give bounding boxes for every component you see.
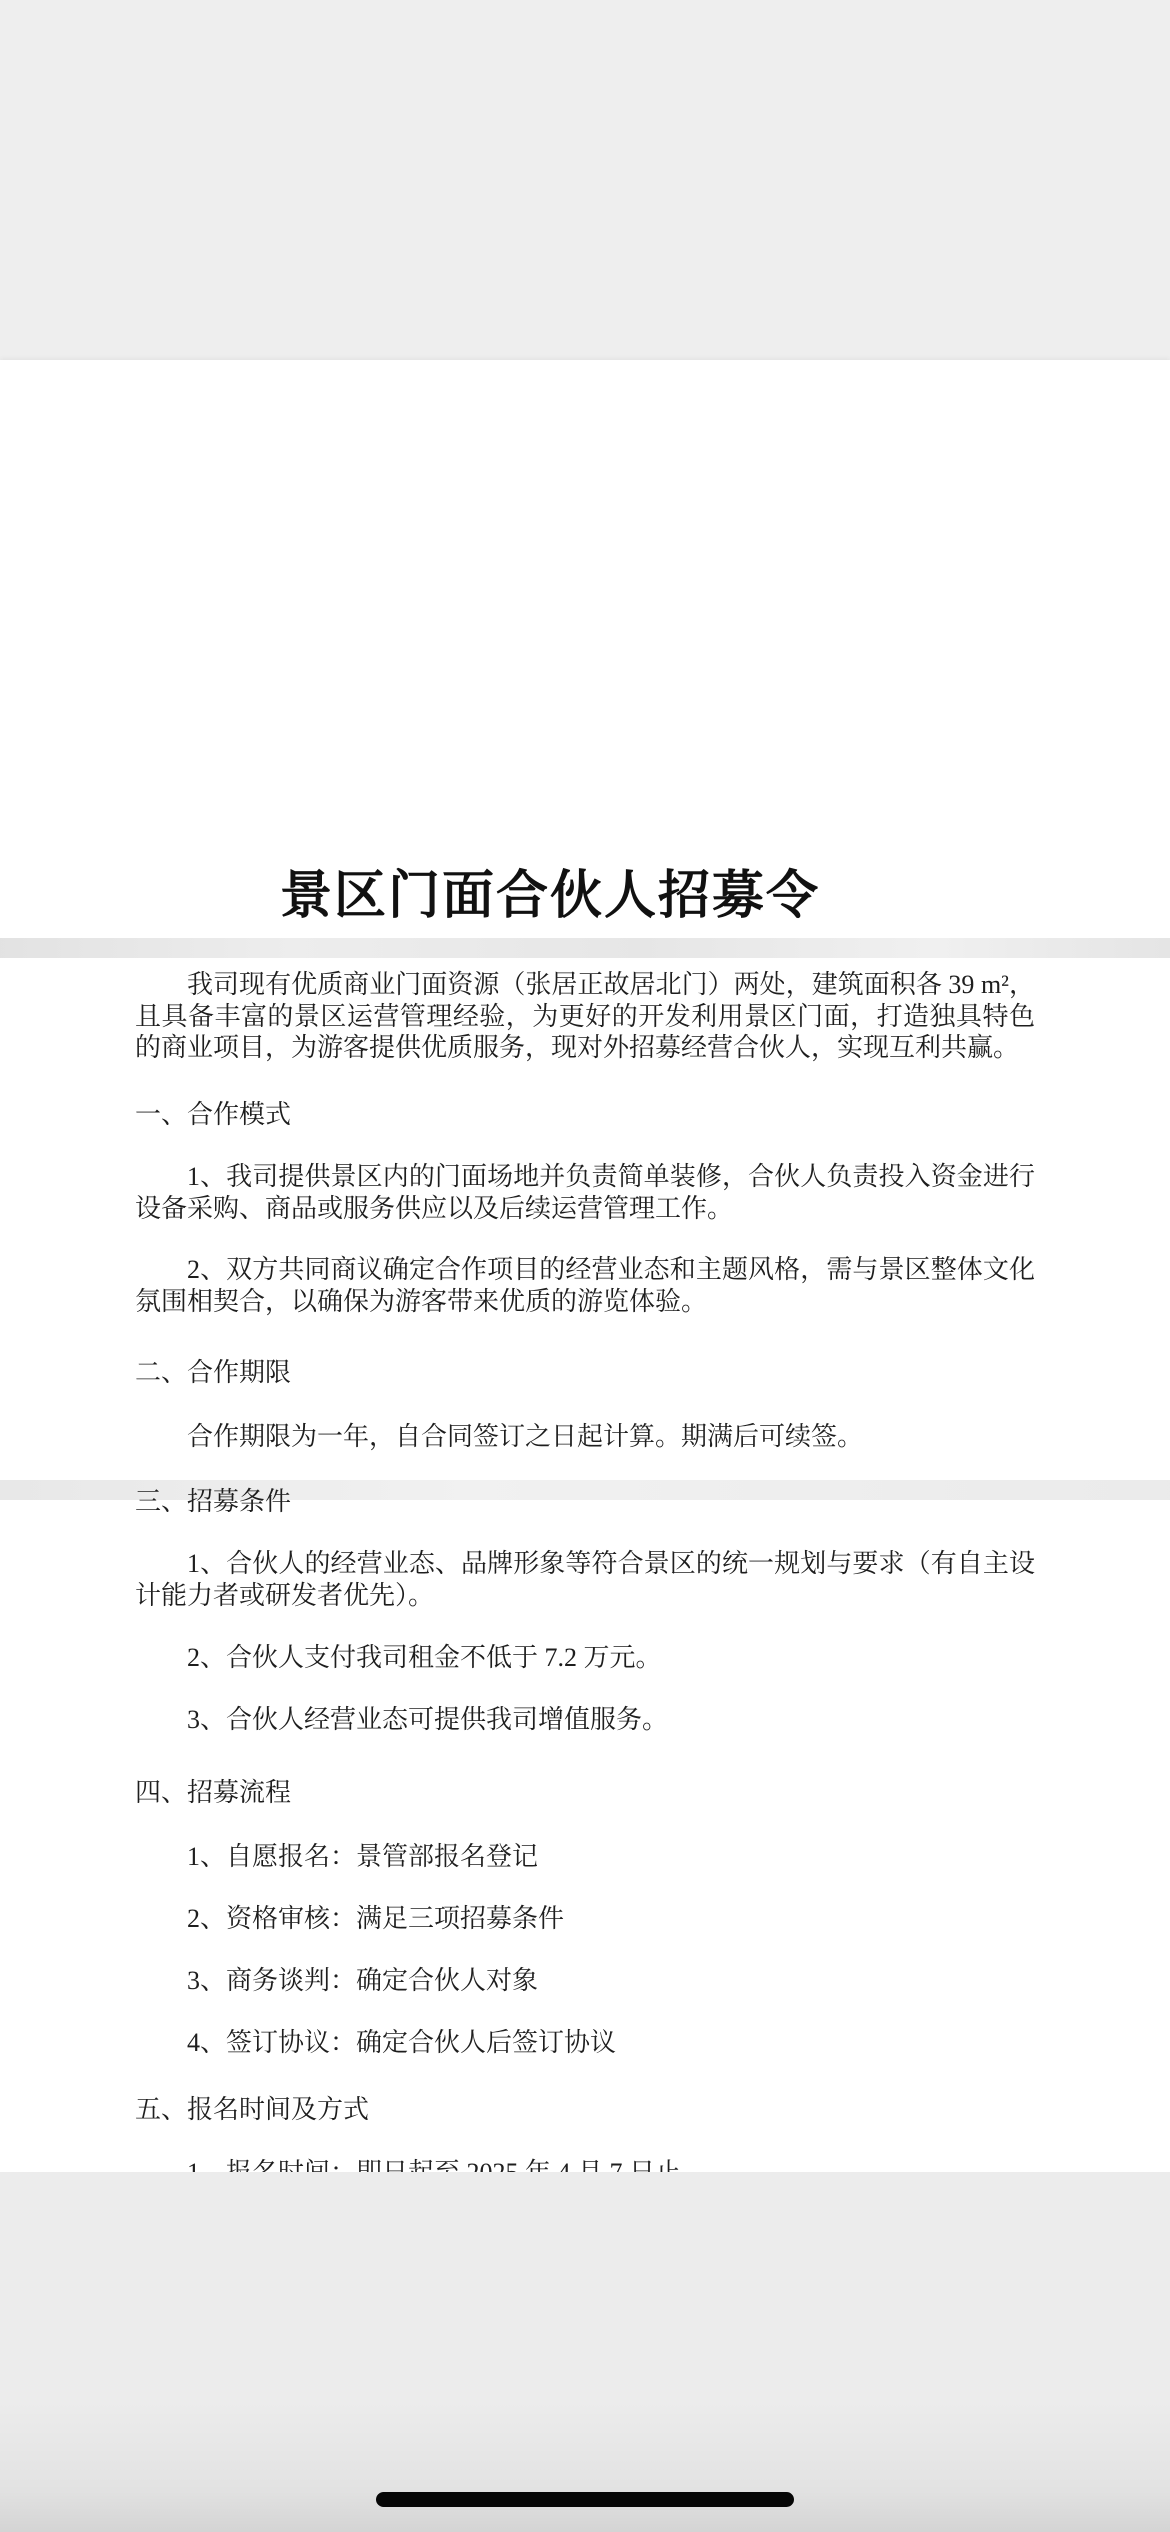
doc-paragraph: 1、自愿报名：景管部报名登记: [135, 1841, 1035, 1873]
section-heading: 三、招募条件: [135, 1486, 1035, 1518]
section-heading: 二、合作期限: [135, 1357, 1035, 1389]
doc-paragraph: 4、签订协议：确定合伙人后签订协议: [135, 2027, 1035, 2059]
section-heading: 五、报名时间及方式: [135, 2094, 1035, 2126]
doc-paragraph: 1、我司提供景区内的门面场地并负责简单装修，合伙人负责投入资金进行设备采购、商品…: [135, 1161, 1035, 1224]
section-heading: 一、合作模式: [135, 1099, 1035, 1131]
section-heading: 四、招募流程: [135, 1777, 1035, 1809]
bottom-gutter: [0, 2172, 1170, 2532]
top-gutter: [0, 0, 1170, 360]
doc-paragraph: 1、合伙人的经营业态、品牌形象等符合景区的统一规划与要求（有自主设计能力者或研发…: [135, 1548, 1035, 1611]
doc-paragraph: 3、商务谈判：确定合伙人对象: [135, 1965, 1035, 1997]
doc-paragraph: 2、双方共同商议确定合作项目的经营业态和主题风格，需与景区整体文化氛围相契合，以…: [135, 1254, 1035, 1317]
home-indicator-bar[interactable]: [376, 2492, 794, 2507]
phone-screen: { "document": { "title": "景区门面合伙人招募令", "…: [0, 0, 1170, 2532]
doc-paragraph: 2、合伙人支付我司租金不低于 7.2 万元。: [135, 1642, 1035, 1674]
scan-artifact-band: [0, 938, 1170, 958]
doc-paragraph: 2、资格审核：满足三项招募条件: [135, 1903, 1035, 1935]
page-title: 景区门面合伙人招募令: [0, 865, 1100, 929]
doc-paragraph: 我司现有优质商业门面资源（张居正故居北门）两处，建筑面积各 39 m²，且具备丰…: [135, 969, 1035, 1064]
doc-paragraph: 3、合伙人经营业态可提供我司增值服务。: [135, 1704, 1035, 1736]
document-page: 景区门面合伙人招募令 我司现有优质商业门面资源（张居正故居北门）两处，建筑面积各…: [0, 360, 1170, 2172]
doc-paragraph: 合作期限为一年，自合同签订之日起计算。期满后可续签。: [135, 1421, 1035, 1453]
